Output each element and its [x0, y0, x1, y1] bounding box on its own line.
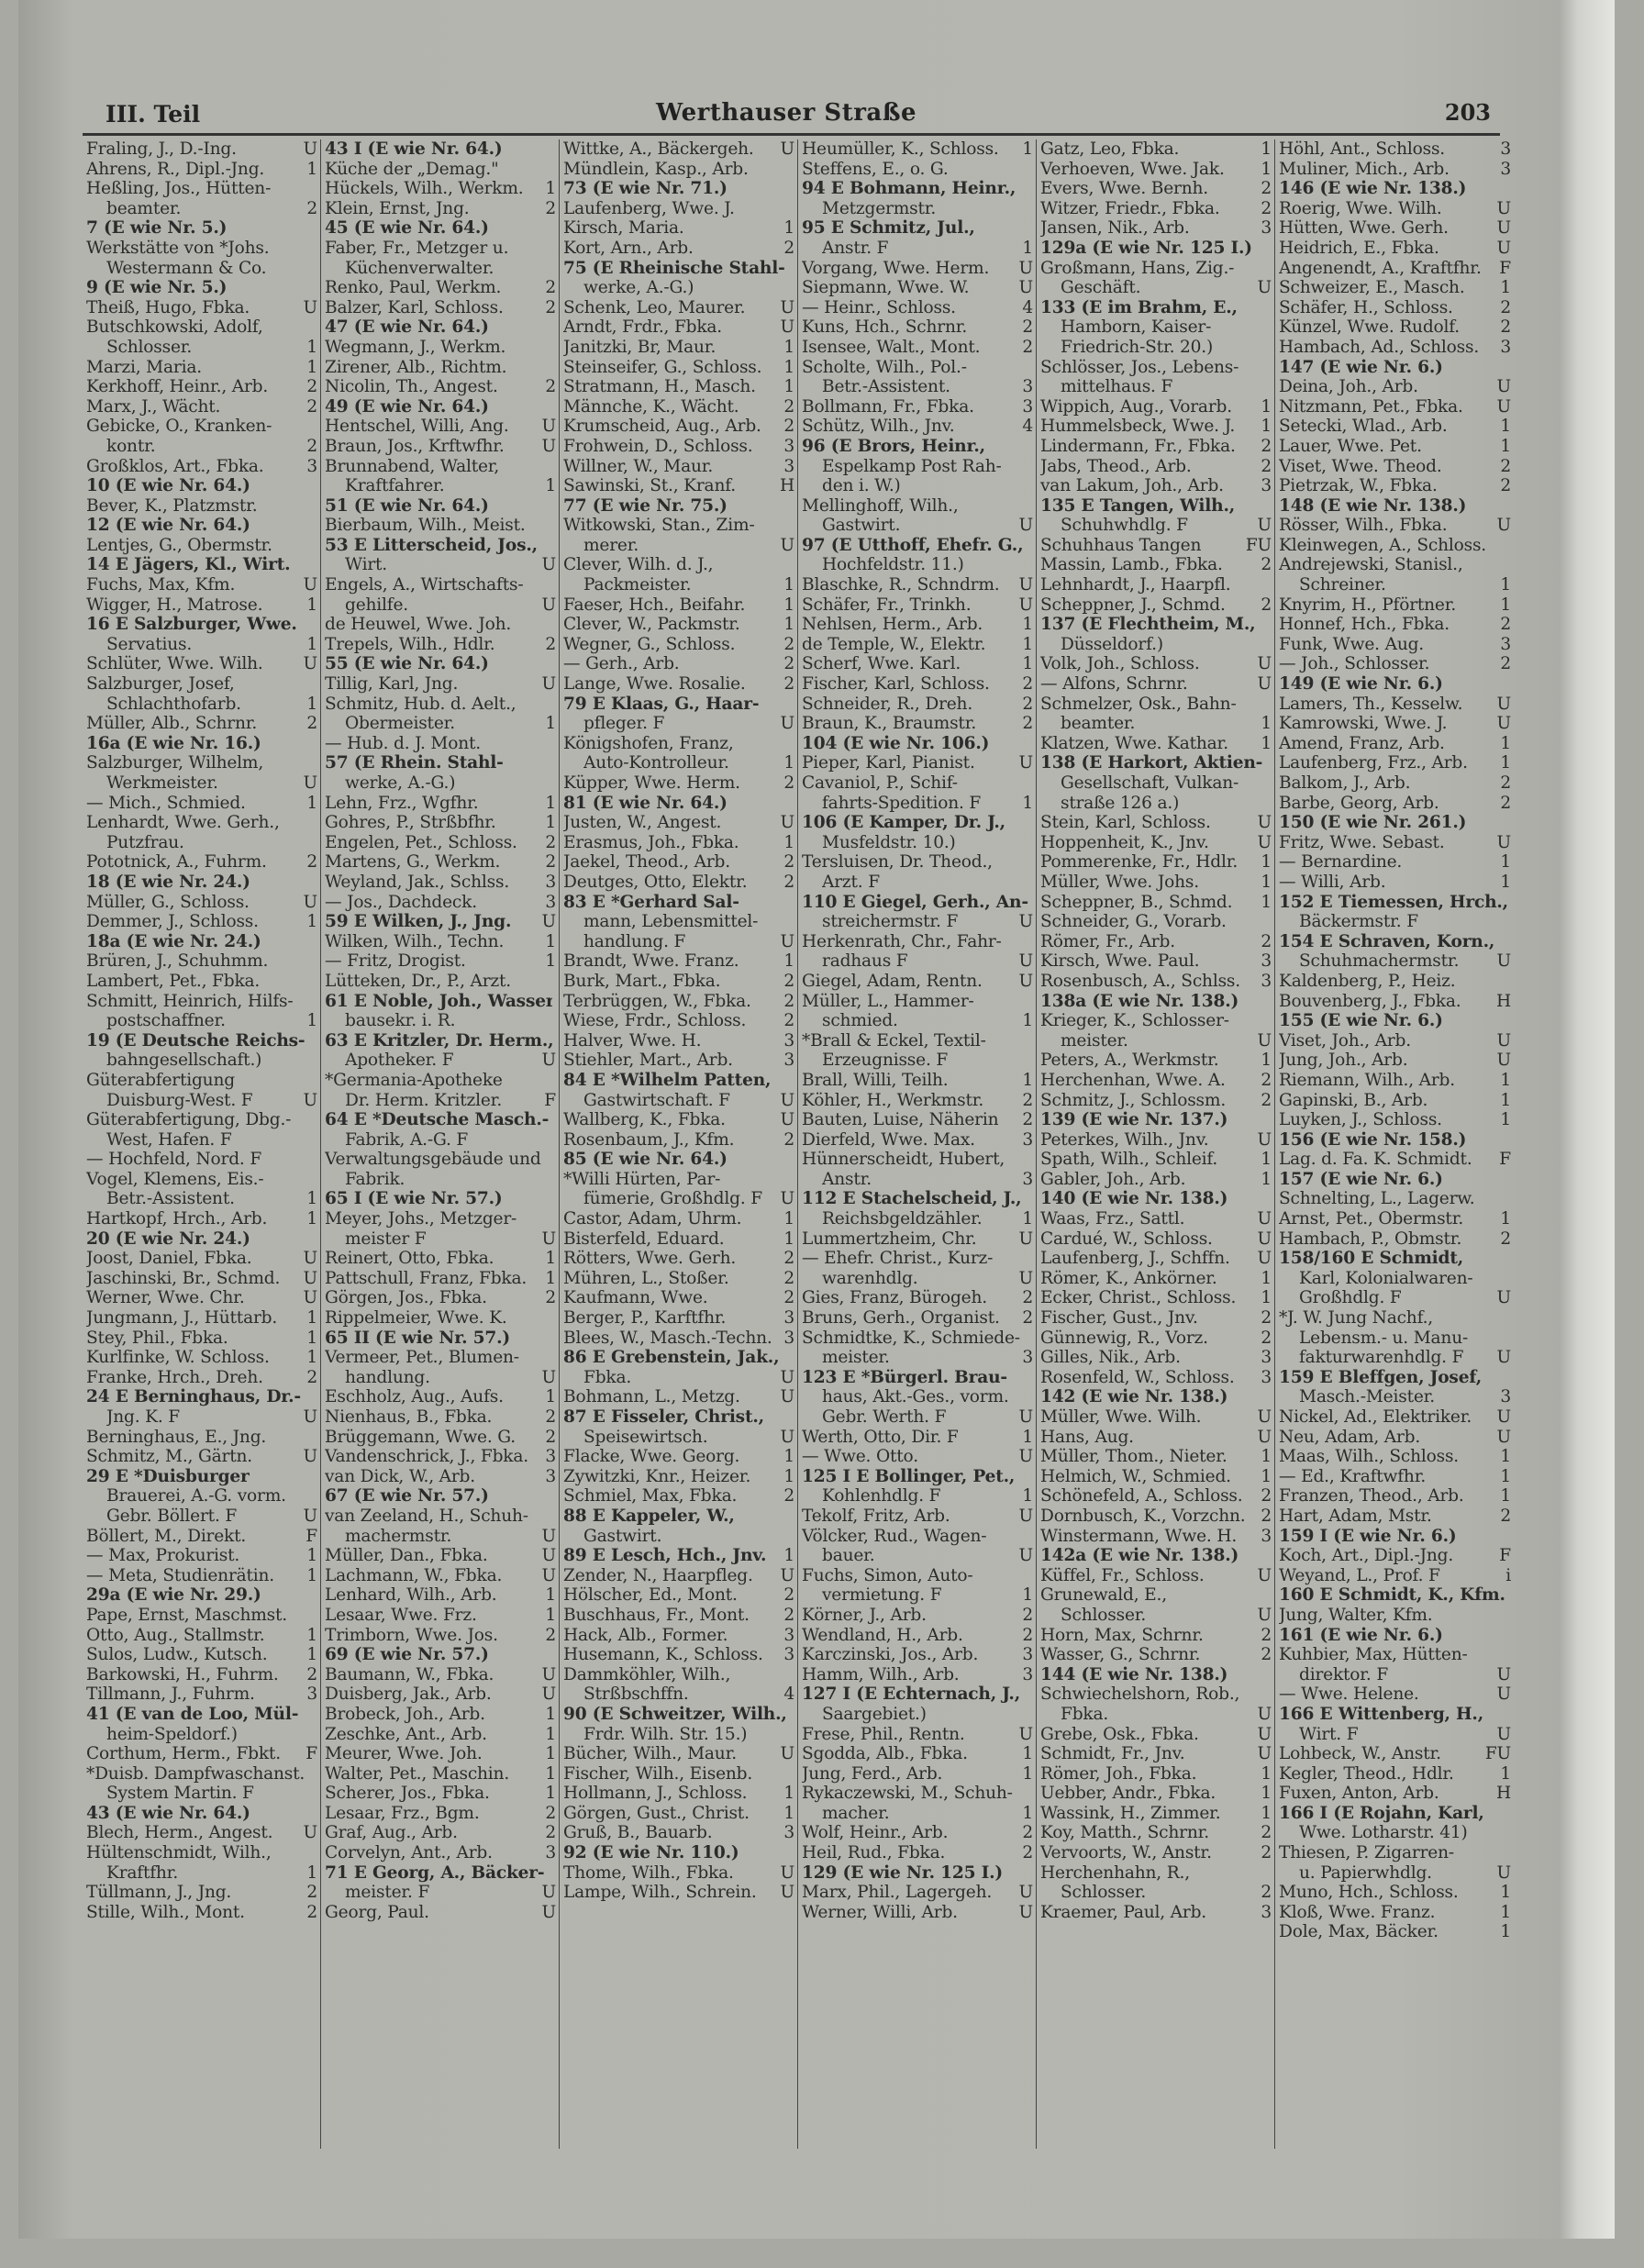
entry-text: Hans, Aug. — [1040, 1428, 1134, 1448]
house-number-entry: 47 (E wie Nr. 64.) — [325, 317, 556, 338]
resident-entry: Heil, Rud., Fbka.2 — [802, 1843, 1033, 1863]
house-number-entry: 94 E Bohmann, Heinr., — [802, 179, 1033, 199]
resident-entry: Gastwirt.U — [802, 516, 1033, 536]
house-number-entry: 18 (E wie Nr. 24.) — [86, 873, 317, 893]
floor-marker — [1507, 674, 1511, 695]
floor-marker: U — [777, 1744, 794, 1764]
resident-entry: Siepmann, Wwe. W.U — [802, 278, 1033, 298]
floor-marker: 3 — [780, 1645, 794, 1665]
entry-text: — Max, Prokurist. — [86, 1546, 239, 1566]
resident-entry: machermstr.U — [325, 1527, 556, 1547]
floor-marker: U — [300, 575, 317, 595]
resident-entry: Hambach, P., Obmstr.2 — [1279, 1229, 1511, 1250]
entry-text: Hamm, Wilh., Arb. — [802, 1665, 960, 1685]
floor-marker: 1 — [541, 1249, 556, 1269]
entry-text: Jng. K. F — [106, 1407, 180, 1428]
resident-entry: Reichsbgeldzähler.1 — [802, 1209, 1033, 1229]
floor-marker: 1 — [1257, 1269, 1272, 1289]
entry-text: Karczinski, Jos., Arb. — [802, 1645, 978, 1665]
entry-text: van Dick, W., Arb. — [325, 1467, 475, 1487]
floor-marker: U — [539, 1665, 556, 1685]
floor-marker: 1 — [303, 695, 317, 715]
resident-entry: Blech, Herm., Angest.U — [86, 1823, 317, 1843]
entry-text: fümerie, Großhdlg. F — [583, 1189, 762, 1209]
floor-marker — [1268, 317, 1272, 338]
house-number-entry: 146 (E wie Nr. 138.) — [1279, 179, 1511, 199]
entry-text: Böllert, M., Direkt. — [86, 1527, 246, 1547]
floor-marker: U — [1494, 1407, 1511, 1428]
entry-text: Müller, Thom., Nieter. — [1040, 1447, 1227, 1467]
entry-text: 140 (E wie Nr. 138.) — [1040, 1189, 1227, 1209]
floor-marker: 1 — [780, 1467, 794, 1487]
resident-entry: Arzt. F — [802, 873, 1033, 893]
entry-text: Theiß, Hugo, Fbka. — [86, 298, 250, 318]
resident-entry: Scherer, Jos., Fbka.1 — [325, 1784, 556, 1804]
floor-marker — [791, 179, 794, 199]
floor-marker — [1029, 457, 1033, 477]
entry-text: kontr. — [106, 437, 155, 457]
entry-text: van Lakum, Joh., Arb. — [1040, 476, 1224, 496]
floor-marker — [791, 1407, 794, 1428]
resident-entry: Männche, K., Wächt.2 — [563, 397, 794, 417]
house-number-entry: 16a (E wie Nr. 16.) — [86, 734, 317, 754]
entry-text: Dierfeld, Wwe. Max. — [802, 1130, 975, 1151]
entry-text: — Ed., Kraftwfhr. — [1279, 1467, 1426, 1487]
resident-entry: meister.U — [1040, 1031, 1272, 1051]
floor-marker: 2 — [1018, 1843, 1033, 1863]
resident-entry: Kraftfhr.1 — [86, 1863, 317, 1884]
resident-entry: Müller, Thom., Nieter.1 — [1040, 1447, 1272, 1467]
floor-marker: U — [300, 654, 317, 674]
house-number-entry: 157 (E wie Nr. 6.) — [1279, 1170, 1511, 1190]
resident-entry: Grunewald, E., — [1040, 1585, 1272, 1606]
entry-text: Braun, Jos., Krftwfhr. — [325, 437, 505, 457]
entry-text: Bever, K., Platzmstr. — [86, 496, 257, 517]
entry-text: Wendland, H., Arb. — [802, 1626, 963, 1646]
entry-text: Jungmann, J., Hüttarb. — [86, 1308, 277, 1329]
resident-entry: Kegler, Theod., Hdlr.1 — [1279, 1764, 1511, 1784]
floor-marker: 1 — [303, 338, 317, 358]
entry-text: Pommerenke, Fr., Hdlr. — [1040, 852, 1238, 873]
entry-text: Dole, Max, Bäcker. — [1279, 1922, 1438, 1942]
floor-marker — [552, 1329, 556, 1349]
house-number-entry: 65 I (E wie Nr. 57.) — [325, 1189, 556, 1209]
floor-marker: U — [539, 674, 556, 695]
entry-text: Pape, Ernst, Maschmst. — [86, 1606, 287, 1626]
entry-text: Vervoorts, W., Anstr. — [1040, 1843, 1212, 1863]
resident-entry: Schneider, G., Vorarb. — [1040, 912, 1272, 932]
resident-entry: Massin, Lamb., Fbka.2 — [1040, 555, 1272, 575]
floor-marker — [791, 199, 794, 219]
entry-text: straße 126 a.) — [1061, 794, 1179, 814]
floor-marker: 3 — [1018, 377, 1033, 397]
entry-text: vermietung. F — [822, 1585, 941, 1606]
entry-text: Großmann, Hans, Zig.- — [1040, 259, 1234, 279]
entry-text: Frohwein, D., Schloss. — [563, 437, 752, 457]
resident-entry: Schütz, Wilh., Jnv.4 — [802, 417, 1033, 437]
entry-text: Lesaar, Wwe. Frz. — [325, 1606, 477, 1626]
floor-marker: 1 — [1496, 417, 1511, 437]
entry-text: Corvelyn, Ant., Arb. — [325, 1843, 493, 1863]
entry-text: Arndt, Frdr., Fbka. — [563, 317, 722, 338]
entry-text: Engels, A., Wirtschafts- — [325, 575, 523, 595]
floor-marker: 3 — [541, 1467, 556, 1487]
floor-marker: 3 — [541, 873, 556, 893]
floor-marker: 1 — [1018, 635, 1033, 655]
floor-marker: 2 — [1018, 674, 1033, 695]
entry-text: Steinseifer, G., Schloss. — [563, 358, 761, 378]
resident-entry: Schuhhaus TangenFU — [1040, 536, 1272, 556]
entry-text: Brunnabend, Walter, — [325, 457, 499, 477]
floor-marker — [552, 1189, 556, 1209]
entry-text: 73 (E wie Nr. 71.) — [563, 179, 728, 199]
floor-marker: 1 — [780, 1229, 794, 1250]
floor-marker: 1 — [541, 1744, 556, 1764]
resident-entry: Hamm, Wilh., Arb.3 — [802, 1665, 1033, 1685]
floor-marker — [314, 218, 317, 239]
resident-entry: Schenk, Leo, Maurer.U — [563, 298, 794, 318]
entry-text: Zender, N., Haarpfleg. — [563, 1566, 753, 1586]
floor-marker: 1 — [541, 794, 556, 814]
floor-marker: 1 — [541, 1269, 556, 1289]
entry-text: 69 (E wie Nr. 57.) — [325, 1645, 489, 1665]
floor-marker — [791, 259, 794, 279]
floor-marker: 1 — [303, 1863, 317, 1884]
entry-text: Trepels, Wilh., Hdlr. — [325, 635, 495, 655]
entry-text: Lehn, Frz., Wgfhr. — [325, 794, 478, 814]
entry-text: 88 E Kappeler, W., — [563, 1506, 735, 1527]
entry-text: Meurer, Wwe. Joh. — [325, 1744, 483, 1764]
floor-marker: U — [1016, 912, 1033, 932]
entry-text: 146 (E wie Nr. 138.) — [1279, 179, 1466, 199]
floor-marker: 2 — [303, 397, 317, 417]
floor-marker: U — [1494, 516, 1511, 536]
resident-entry: Isensee, Walt., Mont.2 — [802, 338, 1033, 358]
house-number-entry: 86 E Grebenstein, Jak., — [563, 1348, 794, 1368]
resident-entry: Lütteken, Dr., P., Arzt. — [325, 972, 556, 992]
floor-marker: 2 — [1018, 1606, 1033, 1626]
floor-marker: 1 — [1496, 1883, 1511, 1903]
floor-marker: 1 — [303, 1348, 317, 1368]
entry-text: 45 (E wie Nr. 64.) — [325, 218, 489, 239]
entry-text: Arzt. F — [822, 873, 880, 893]
entry-text: Putzfrau. — [106, 833, 184, 853]
resident-entry: Hückels, Wilh., Werkm.1 — [325, 179, 556, 199]
resident-entry: Muliner, Mich., Arb.3 — [1279, 160, 1511, 180]
floor-marker: U — [1016, 595, 1033, 616]
house-number-entry: 81 (E wie Nr. 64.) — [563, 794, 794, 814]
floor-marker: 1 — [541, 1585, 556, 1606]
entry-text: Künzel, Wwe. Rudolf. — [1279, 317, 1460, 338]
entry-text: Hückels, Wilh., Werkm. — [325, 179, 523, 199]
resident-entry: Jungmann, J., Hüttarb.1 — [86, 1308, 317, 1329]
resident-entry: Vermeer, Pet., Blumen- — [325, 1348, 556, 1368]
entry-text: Tillig, Karl, Jng. — [325, 674, 458, 695]
house-number-entry: 112 E Stachelscheid, J., — [802, 1189, 1033, 1209]
entry-text: Bouvenberg, J., Fbka. — [1279, 992, 1461, 1012]
resident-entry: Steinseifer, G., Schloss.1 — [563, 358, 794, 378]
column-2: 43 I (E wie Nr. 64.)Küche der „Demag."Hü… — [321, 139, 560, 2149]
floor-marker — [552, 239, 556, 259]
entry-text: Zywitzki, Knr., Heizer. — [563, 1467, 750, 1487]
entry-text: 123 E *Bürgerl. Brau- — [802, 1368, 1007, 1388]
floor-marker: 3 — [1257, 972, 1272, 992]
floor-marker: U — [1494, 1725, 1511, 1745]
floor-marker: 2 — [303, 1883, 317, 1903]
entry-text: Kleinwegen, A., Schloss. — [1279, 536, 1486, 556]
floor-marker — [314, 1486, 317, 1506]
entry-text: Auto-Kontrolleur. — [583, 753, 729, 773]
floor-marker — [1029, 1705, 1033, 1725]
entry-text: de Temple, W., Elektr. — [802, 635, 985, 655]
entry-text: Spath, Wilh., Schleif. — [1040, 1150, 1217, 1170]
floor-marker: 2 — [1496, 615, 1511, 635]
floor-marker: U — [300, 1506, 317, 1527]
entry-text: Stey, Phil., Fbka. — [86, 1329, 228, 1349]
floor-marker — [552, 397, 556, 417]
resident-entry: Lambert, Pet., Fbka. — [86, 972, 317, 992]
entry-text: Dr. Herm. Kritzler. — [345, 1091, 502, 1111]
house-number-entry: 41 (E van de Loo, Mül- — [86, 1705, 317, 1725]
floor-marker: 1 — [780, 951, 794, 972]
entry-text: Zirener, Alb., Richtm. — [325, 358, 506, 378]
entry-text: Fuchs, Simon, Auto- — [802, 1566, 973, 1586]
entry-text: radhaus F — [822, 951, 907, 972]
house-number-entry: 154 E Schraven, Korn., — [1279, 932, 1511, 952]
entry-text: 67 (E wie Nr. 57.) — [325, 1486, 489, 1506]
resident-entry: Martens, G., Werkm.2 — [325, 852, 556, 873]
floor-marker: 2 — [1018, 338, 1033, 358]
resident-entry: Gruß, B., Bauarb.3 — [563, 1823, 794, 1843]
entry-text: Düsseldorf.) — [1061, 635, 1163, 655]
entry-text: Herkenrath, Chr., Fahr- — [802, 932, 1002, 952]
floor-marker: F — [1495, 259, 1511, 279]
floor-marker: U — [1494, 951, 1511, 972]
entry-text: Görgen, Jos., Fbka. — [325, 1288, 487, 1308]
floor-marker — [791, 1665, 794, 1685]
entry-text: Steffens, E., o. G. — [802, 160, 949, 180]
entry-text: Terbrüggen, W., Fbka. — [563, 992, 751, 1012]
floor-marker — [1507, 1585, 1511, 1606]
floor-marker: 1 — [1018, 794, 1033, 814]
resident-entry: Strßbschffn.4 — [563, 1684, 794, 1705]
floor-marker: 2 — [780, 1288, 794, 1308]
resident-entry: Gebr. Werth. FU — [802, 1407, 1033, 1428]
floor-marker — [791, 160, 794, 180]
floor-marker: U — [539, 1546, 556, 1566]
entry-text: Franke, Hrch., Dreh. — [86, 1368, 263, 1388]
resident-entry: Ecker, Christ., Schloss.1 — [1040, 1288, 1272, 1308]
entry-text: 157 (E wie Nr. 6.) — [1279, 1170, 1443, 1190]
entry-text: Meyer, Johs., Metzger- — [325, 1209, 517, 1229]
entry-text: 138 (E Harkort, Aktien- — [1040, 753, 1262, 773]
floor-marker — [1507, 1645, 1511, 1665]
entry-text: 63 E Kritzler, Dr. Herm., — [325, 1031, 552, 1051]
entry-text: fahrts-Spedition. F — [822, 794, 981, 814]
floor-marker — [552, 1645, 556, 1665]
entry-text: Kamrowski, Wwe. J. — [1279, 714, 1447, 734]
entry-text: Werner, Willi, Arb. — [802, 1903, 958, 1923]
resident-entry: — Bernardine.1 — [1279, 852, 1511, 873]
floor-marker: U — [1016, 951, 1033, 972]
entry-text: machermstr. — [345, 1527, 451, 1547]
entry-text: Bollmann, Fr., Fbka. — [802, 397, 974, 417]
resident-entry: meister FU — [325, 1229, 556, 1250]
entry-text: bauer. — [822, 1546, 875, 1566]
entry-text: Lindermann, Fr., Fbka. — [1040, 437, 1236, 457]
floor-marker: U — [1016, 972, 1033, 992]
house-number-entry: 87 E Fisseler, Christ., — [563, 1407, 794, 1428]
floor-marker: 3 — [1018, 1348, 1033, 1368]
floor-marker — [552, 654, 556, 674]
entry-text: Neu, Adam, Arb. — [1279, 1428, 1420, 1448]
floor-marker: 1 — [303, 1645, 317, 1665]
entry-text: Burk, Mart., Fbka. — [563, 972, 720, 992]
floor-marker: 3 — [1018, 1130, 1033, 1151]
entry-text: Sgodda, Alb., Fbka. — [802, 1744, 968, 1764]
entry-text: handlung. — [345, 1368, 430, 1388]
entry-text: — Wwe. Helene. — [1279, 1684, 1419, 1705]
floor-marker — [1268, 1011, 1272, 1031]
floor-marker: U — [1494, 1684, 1511, 1705]
floor-marker: 1 — [780, 833, 794, 853]
floor-marker: 1 — [303, 160, 317, 180]
entry-text: Braun, K., Braumstr. — [802, 714, 976, 734]
floor-marker — [1507, 1308, 1511, 1329]
resident-entry: Kort, Arn., Arb.2 — [563, 239, 794, 259]
floor-marker: 2 — [780, 773, 794, 794]
entry-text: Anstr. — [822, 1170, 872, 1190]
resident-entry: Düsseldorf.) — [1040, 635, 1272, 655]
entry-text: Masch.-Meister. — [1299, 1387, 1435, 1407]
entry-text: Corthum, Herm., Fbkt. — [86, 1744, 281, 1764]
resident-entry: Böllert, M., Direkt.F — [86, 1527, 317, 1547]
entry-text: 86 E Grebenstein, Jak., — [563, 1348, 779, 1368]
resident-entry: Kloß, Wwe. Franz.1 — [1279, 1903, 1511, 1923]
floor-marker: 1 — [1018, 1486, 1033, 1506]
entry-text: direktor. F — [1299, 1665, 1388, 1685]
resident-entry: Laufenberg, Frz., Arb.1 — [1279, 753, 1511, 773]
resident-entry: Kaldenberg, P., Heiz. — [1279, 972, 1511, 992]
floor-marker: U — [1016, 278, 1033, 298]
resident-entry: Pieper, Karl, Pianist.U — [802, 753, 1033, 773]
entry-text: Schneider, R., Dreh. — [802, 695, 972, 715]
resident-entry: Pattschull, Franz, Fbka.1 — [325, 1269, 556, 1289]
floor-marker — [1507, 1804, 1511, 1824]
floor-marker — [1268, 635, 1272, 655]
resident-entry: Funk, Wwe. Aug.3 — [1279, 635, 1511, 655]
floor-marker: 1 — [303, 595, 317, 616]
floor-marker — [1029, 199, 1033, 219]
entry-text: 75 (E Rheinische Stahl- — [563, 259, 785, 279]
entry-text: Höhl, Ant., Schloss. — [1279, 139, 1445, 160]
floor-marker: U — [539, 1229, 556, 1250]
floor-marker: 1 — [1496, 575, 1511, 595]
floor-marker: U — [777, 1387, 794, 1407]
entry-text: Nicolin, Th., Angest. — [325, 377, 498, 397]
resident-entry: pfleger. FU — [563, 714, 794, 734]
resident-entry: Metzgermstr. — [802, 199, 1033, 219]
resident-entry: handlung. FU — [563, 932, 794, 952]
house-number-entry: 150 (E wie Nr. 261.) — [1279, 813, 1511, 833]
floor-marker: 1 — [1257, 417, 1272, 437]
house-number-entry: 14 E Jägers, Kl., Wirt. — [86, 555, 317, 575]
resident-entry: Neu, Adam, Arb.U — [1279, 1428, 1511, 1448]
resident-entry: Barkowski, H., Fuhrm.2 — [86, 1665, 317, 1685]
resident-entry: straße 126 a.) — [1040, 794, 1272, 814]
house-number-entry: 129 (E wie Nr. 125 I.) — [802, 1863, 1033, 1884]
floor-marker: U — [1254, 1209, 1272, 1229]
resident-entry: Römer, Fr., Arb.2 — [1040, 932, 1272, 952]
resident-entry: Verhoeven, Wwe. Jak.1 — [1040, 160, 1272, 180]
floor-marker — [1268, 1863, 1272, 1884]
entry-text: 29a (E wie Nr. 29.) — [86, 1585, 261, 1606]
entry-text: Vermeer, Pet., Blumen- — [325, 1348, 519, 1368]
resident-entry: Hünnerscheidt, Hubert, — [802, 1150, 1033, 1170]
floor-marker: U — [1016, 575, 1033, 595]
resident-entry: Koy, Matth., Schrnr.2 — [1040, 1823, 1272, 1843]
entry-text: Volk, Joh., Schloss. — [1040, 654, 1200, 674]
resident-entry: mann, Lebensmittel- — [563, 912, 794, 932]
house-number-entry: 79 E Klaas, G., Haar- — [563, 695, 794, 715]
floor-marker — [314, 1764, 317, 1784]
floor-marker — [314, 615, 317, 635]
resident-entry: werke, A.-G.) — [325, 773, 556, 794]
floor-marker — [791, 695, 794, 715]
floor-marker: U — [300, 1091, 317, 1111]
entry-text: Evers, Wwe. Bernh. — [1040, 179, 1208, 199]
floor-marker: 1 — [1257, 893, 1272, 913]
floor-marker — [314, 278, 317, 298]
resident-entry: Luyken, J., Schloss.1 — [1279, 1110, 1511, 1130]
floor-marker — [1268, 259, 1272, 279]
floor-marker — [1029, 1566, 1033, 1586]
floor-marker: 1 — [1496, 1764, 1511, 1784]
entry-text: Müller, Wwe. Wilh. — [1040, 1407, 1201, 1428]
floor-marker — [552, 1486, 556, 1506]
resident-entry: Horn, Max, Schrnr.2 — [1040, 1626, 1272, 1646]
resident-entry: fahrts-Spedition. F1 — [802, 794, 1033, 814]
floor-marker — [314, 1606, 317, 1626]
floor-marker: U — [1494, 695, 1511, 715]
entry-text: Rösser, Wilh., Fbka. — [1279, 516, 1447, 536]
floor-marker — [1507, 1626, 1511, 1646]
resident-entry: Jansen, Nik., Arb.3 — [1040, 218, 1272, 239]
floor-marker: 2 — [1018, 695, 1033, 715]
resident-entry: Janitzki, Br, Maur.1 — [563, 338, 794, 358]
entry-text: Römer, K., Ankörner. — [1040, 1269, 1217, 1289]
floor-marker — [552, 496, 556, 517]
floor-marker: 2 — [541, 298, 556, 318]
directory-page: III. Teil Werthauser Straße 203 Fraling,… — [18, 0, 1615, 2239]
floor-marker: U — [1254, 1229, 1272, 1250]
entry-text: Reichsbgeldzähler. — [822, 1209, 983, 1229]
resident-entry: Pommerenke, Fr., Hdlr.1 — [1040, 852, 1272, 873]
entry-text: Balzer, Karl, Schloss. — [325, 298, 504, 318]
entry-text: Wilken, Wilh., Techn. — [325, 932, 504, 952]
house-number-entry: 71 E Georg, A., Bäcker- — [325, 1863, 556, 1884]
floor-marker — [552, 358, 556, 378]
entry-text: Marzi, Maria. — [86, 358, 202, 378]
floor-marker: 3 — [1018, 1665, 1033, 1685]
house-number-entry: 95 E Schmitz, Jul., — [802, 218, 1033, 239]
entry-text: 49 (E wie Nr. 64.) — [325, 397, 489, 417]
floor-marker — [314, 516, 317, 536]
floor-marker: 3 — [1018, 1645, 1033, 1665]
floor-marker: 2 — [1018, 1288, 1033, 1308]
floor-marker — [1268, 377, 1272, 397]
resident-entry: u. Papierwhdlg.U — [1279, 1863, 1511, 1884]
